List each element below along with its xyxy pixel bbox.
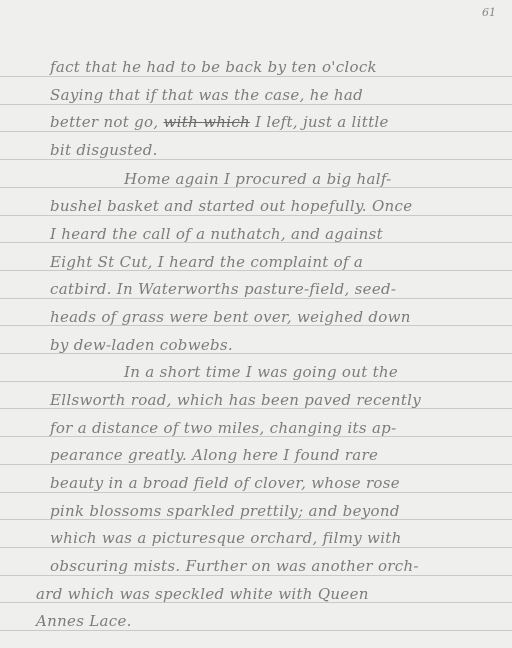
ruled-line xyxy=(0,575,512,576)
text-line: Eight St Cut, I heard the complaint of a xyxy=(50,253,363,271)
text-line: catbird. In Waterworths pasture-field, s… xyxy=(50,280,396,298)
text-line: obscuring mists. Further on was another … xyxy=(50,557,419,575)
ruled-line xyxy=(0,547,512,548)
text-line: better not go, with which I left, just a… xyxy=(50,113,389,131)
ruled-line xyxy=(0,492,512,493)
ruled-line xyxy=(0,298,512,299)
page-number: 61 xyxy=(482,6,496,19)
text-line: Ellsworth road, which has been paved rec… xyxy=(50,391,421,409)
text-line: pearance greatly. Along here I found rar… xyxy=(50,446,378,464)
paragraph-start: Home again I procured a big half- xyxy=(124,170,392,188)
paragraph-start: In a short time I was going out the xyxy=(124,363,398,381)
ruled-line xyxy=(0,76,512,77)
text-fragment: better not go, xyxy=(50,113,158,131)
ruled-line xyxy=(0,104,512,105)
struck-out-text: with which xyxy=(164,113,250,131)
text-line: Saying that if that was the case, he had xyxy=(50,86,363,104)
ruled-line xyxy=(0,159,512,160)
ruled-line xyxy=(0,131,512,132)
ruled-line xyxy=(0,381,512,382)
ruled-line xyxy=(0,464,512,465)
text-line: by dew-laden cobwebs. xyxy=(50,336,233,354)
text-line: heads of grass were bent over, weighed d… xyxy=(50,308,411,326)
text-line: pink blossoms sparkled prettily; and bey… xyxy=(50,502,400,520)
text-line: for a distance of two miles, changing it… xyxy=(50,419,396,437)
text-line: ard which was speckled white with Queen xyxy=(36,585,369,603)
text-line: I heard the call of a nuthatch, and agai… xyxy=(50,225,383,243)
text-line: fact that he had to be back by ten o'clo… xyxy=(50,58,377,76)
text-line: Annes Lace. xyxy=(36,612,132,630)
text-line: bit disgusted. xyxy=(50,141,158,159)
text-line: beauty in a broad field of clover, whose… xyxy=(50,474,400,492)
text-fragment: I left, just a little xyxy=(255,113,389,131)
text-line: which was a picturesque orchard, filmy w… xyxy=(50,529,402,547)
ruled-line xyxy=(0,630,512,631)
text-line: bushel basket and started out hopefully.… xyxy=(50,197,412,215)
notebook-page: 61 fact that he had to be back by ten o'… xyxy=(0,0,512,648)
ruled-line xyxy=(0,215,512,216)
